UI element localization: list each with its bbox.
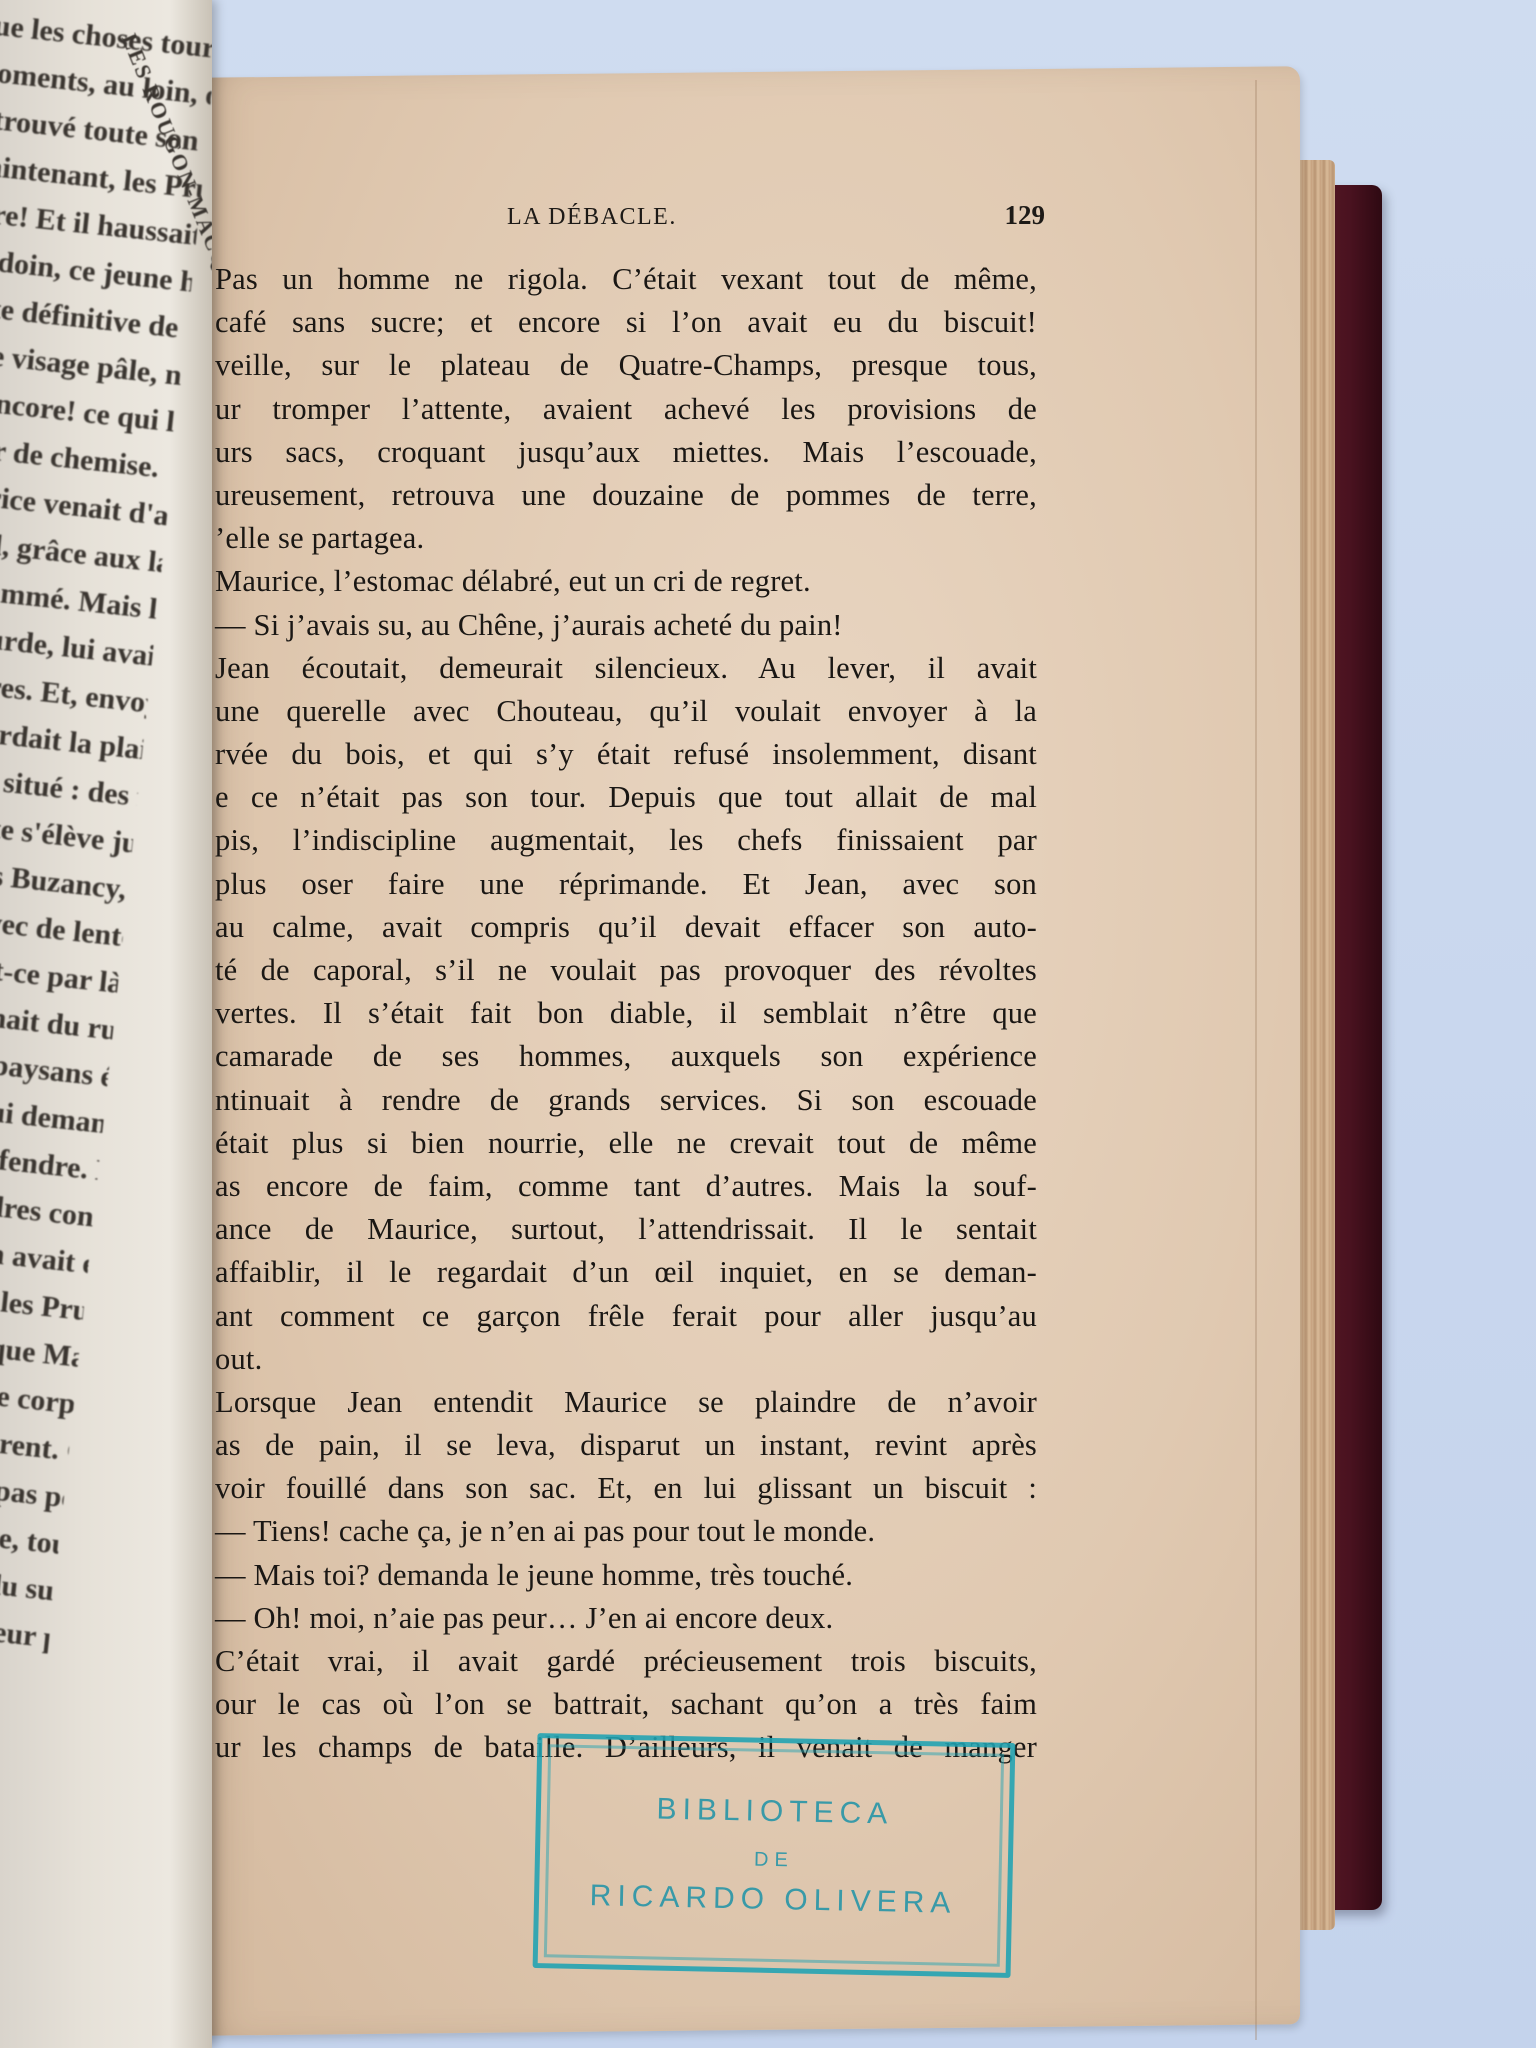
text-line: veille, sur le plateau de Quatre-Champs,… (215, 344, 1037, 387)
text-line: affaiblir, il le regardait d’un œil inqu… (215, 1251, 1037, 1294)
text-line: — Mais toi? demanda le jeune homme, très… (215, 1554, 1037, 1597)
text-line: out. (215, 1338, 1037, 1381)
text-line: pis, l’indiscipline augmentait, les chef… (215, 819, 1037, 862)
text-line: café sans sucre; et encore si l’on avait… (215, 301, 1037, 344)
text-line: urs sacs, croquant jusqu’aux miettes. Ma… (215, 431, 1037, 474)
text-line: était plus si bien nourrie, elle ne crev… (215, 1122, 1037, 1165)
text-line: ance de Maurice, surtout, l’attendrissai… (215, 1208, 1037, 1251)
stamp-line-1: BIBLIOTECA (541, 1790, 1010, 1834)
text-line: our le cas où l’on se battrait, sachant … (215, 1683, 1037, 1726)
text-line: ntinuait à rendre de grands services. Si… (215, 1079, 1037, 1122)
library-stamp: BIBLIOTECA DE RICARDO OLIVERA (533, 1733, 1016, 1978)
text-line: té de caporal, s’il ne voulait pas provo… (215, 949, 1037, 992)
text-line: — Oh! moi, n’aie pas peur… J’en ai encor… (215, 1597, 1037, 1640)
text-line: ’elle se partagea. (215, 517, 1037, 560)
text-line: ureusement, retrouva une douzaine de pom… (215, 474, 1037, 517)
running-head: LA DÉBACLE. 129 (215, 200, 1045, 240)
text-line: Jean écoutait, demeurait silencieux. Au … (215, 647, 1037, 690)
text-line: rvée du bois, et qui s’y était refusé in… (215, 733, 1037, 776)
stamp-line-3: RICARDO OLIVERA (539, 1878, 1008, 1922)
text-line: — Tiens! cache ça, je n’en ai pas pour t… (215, 1510, 1037, 1553)
text-line: as encore de faim, comme tant d’autres. … (215, 1165, 1037, 1208)
left-page-text: que les choses tournaient déjàmoments, a… (0, 0, 212, 1661)
text-line: — Si j’avais su, au Chêne, j’aurais ache… (215, 604, 1037, 647)
page-number: 129 (1005, 200, 1046, 231)
left-page-curled: LES ROUGON-MACQUART que les choses tourn… (0, 0, 212, 2048)
text-line: ur tromper l’attente, avaient achevé les… (215, 388, 1037, 431)
text-line: ant comment ce garçon frêle ferait pour … (215, 1295, 1037, 1338)
text-line: e ce n’était pas son tour. Depuis que to… (215, 776, 1037, 819)
body-text: Pas un homme ne rigola. C’était vexant t… (215, 258, 1037, 1770)
text-line: une querelle avec Chouteau, qu’il voulai… (215, 690, 1037, 733)
text-line: au calme, avait compris qu’il devait eff… (215, 906, 1037, 949)
text-line: as de pain, il se leva, disparut un inst… (215, 1424, 1037, 1467)
text-line: Maurice, l’estomac délabré, eut un cri d… (215, 560, 1037, 603)
text-line: voir fouillé dans son sac. Et, en lui gl… (215, 1467, 1037, 1510)
text-line: Lorsque Jean entendit Maurice se plaindr… (215, 1381, 1037, 1424)
text-line: plus oser faire une réprimande. Et Jean,… (215, 863, 1037, 906)
text-line: camarade de ses hommes, auxquels son exp… (215, 1035, 1037, 1078)
running-title: LA DÉBACLE. (507, 204, 677, 231)
text-line: C’était vrai, il avait gardé précieuseme… (215, 1640, 1037, 1683)
text-line: Pas un homme ne rigola. C’était vexant t… (215, 258, 1037, 301)
stamp-line-2: DE (540, 1844, 1008, 1877)
text-line: vertes. Il s’était fait bon diable, il s… (215, 992, 1037, 1035)
